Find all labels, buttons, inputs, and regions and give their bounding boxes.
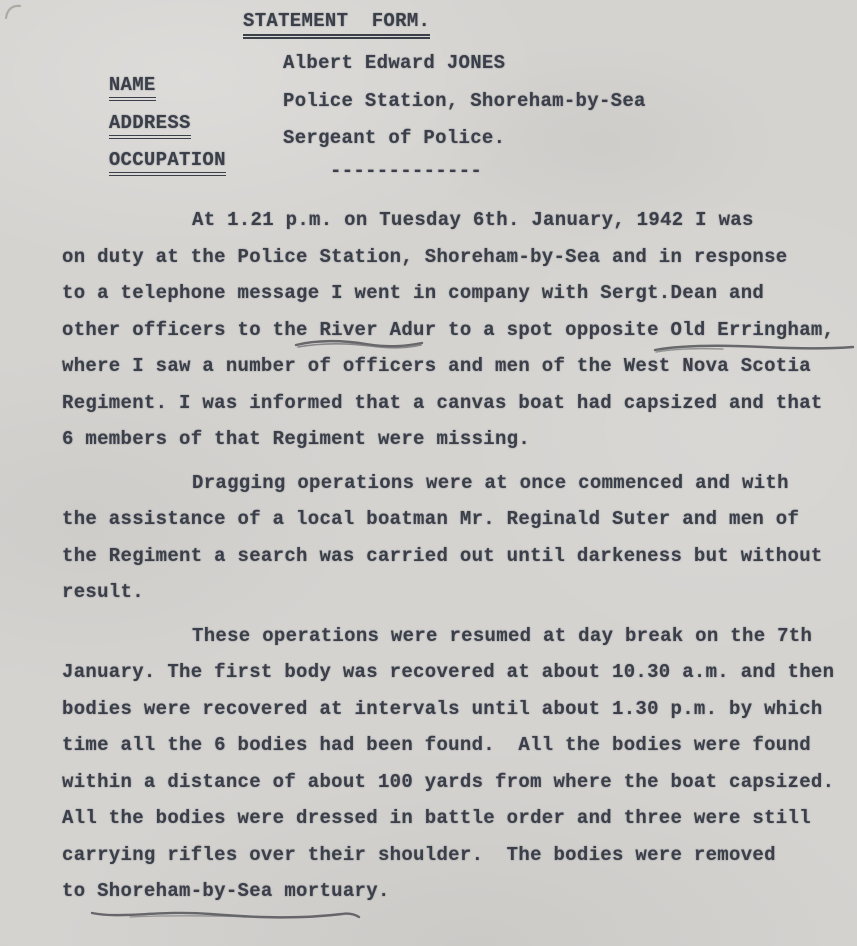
statement-line: All the bodies were dressed in battle or…	[62, 800, 852, 837]
statement-line: carrying rifles over their shoulder. The…	[62, 837, 852, 874]
statement-line: At 1.21 p.m. on Tuesday 6th. January, 19…	[62, 202, 852, 239]
statement-line: time all the 6 bodies had been found. Al…	[62, 727, 852, 764]
statement-paragraph: At 1.21 p.m. on Tuesday 6th. January, 19…	[62, 202, 852, 458]
field-value-name: Albert Edward JONES	[283, 52, 505, 74]
separator-dashes: -------------	[330, 160, 482, 182]
statement-paragraph: These operations were resumed at day bre…	[62, 618, 852, 910]
statement-line: Dragging operations were at once commenc…	[62, 465, 852, 502]
document-title: STATEMENT FORM.	[243, 10, 430, 39]
statement-paragraph: Dragging operations were at once commenc…	[62, 465, 852, 611]
field-value-address: Police Station, Shoreham-by-Sea	[283, 90, 646, 112]
statement-line: other officers to the River Adur to a sp…	[62, 312, 852, 349]
statement-line: the assistance of a local boatman Mr. Re…	[62, 501, 852, 538]
field-value-occupation: Sergeant of Police.	[283, 127, 505, 149]
statement-line: to Shoreham-by-Sea mortuary.	[62, 873, 852, 910]
field-label-occupation: OCCUPATION	[109, 149, 226, 176]
statement-line: where I saw a number of officers and men…	[62, 348, 852, 385]
statement-body: At 1.21 p.m. on Tuesday 6th. January, 19…	[62, 202, 852, 910]
statement-line: within a distance of about 100 yards fro…	[62, 764, 852, 801]
statement-document: STATEMENT FORM. NAME Albert Edward JONES…	[0, 0, 857, 946]
statement-line: Regiment. I was informed that a canvas b…	[62, 385, 852, 422]
statement-line: result.	[62, 574, 852, 611]
pencil-corner-mark	[3, 2, 25, 27]
statement-line: on duty at the Police Station, Shoreham-…	[62, 239, 852, 276]
statement-line: These operations were resumed at day bre…	[62, 618, 852, 655]
statement-line: bodies were recovered at intervals until…	[62, 691, 852, 728]
statement-line: the Regiment a search was carried out un…	[62, 538, 852, 575]
statement-line: January. The first body was recovered at…	[62, 654, 852, 691]
statement-line: to a telephone message I went in company…	[62, 275, 852, 312]
statement-line: 6 members of that Regiment were missing.	[62, 421, 852, 458]
